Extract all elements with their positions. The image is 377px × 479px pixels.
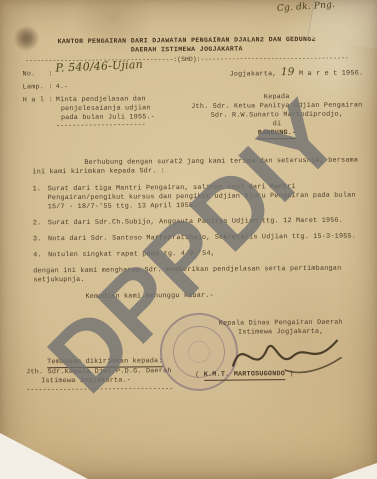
letter-body: Berhubung dengan surat2 jang kami terima… (32, 156, 369, 302)
closing-sentence: Kemudian kami menunggu kabar.- (33, 290, 369, 302)
list-item-text: Notulen singkat rapat pada tg. 4/9-'54, (48, 250, 215, 259)
list-item: 2. Surat dari Sdr.Ch.Subijo, Anggauta Pa… (33, 216, 369, 228)
recipient-city: BANDUNG.- (258, 129, 297, 139)
lamp-value: 4.- (56, 83, 69, 92)
list-item-number: 4. (33, 251, 42, 260)
paren-close: ) (289, 370, 293, 378)
list-item-number: 3. (33, 235, 42, 244)
list-item-text: Nota dari Sdr. Santoso Martopratihajo, S… (48, 233, 356, 244)
lamp-label: Lamp. (23, 83, 44, 92)
signer-name: K.M.T. MARTOSUGONDO (204, 370, 285, 381)
hal-label: H a l (23, 96, 44, 105)
list-item-text: Surat dari Sdr.Ch.Subijo, Anggauta Panit… (48, 217, 343, 228)
signer-name-line: ( K.M.T. MARTOSUGONDO ) (195, 370, 294, 381)
list-item-number: 1. (33, 185, 42, 194)
letter-number-handwritten: P. 540/46-Ujian (55, 60, 143, 73)
paren-open: ( (195, 371, 199, 379)
list-item-number: 2. (33, 219, 42, 228)
lamp-colon: : (49, 83, 53, 92)
closing-paragraph: dengan ini kami mengharap Sdr. memberika… (33, 264, 369, 285)
dateline: Jogjakarta, 19 M a r e t 1956. (230, 67, 364, 79)
date-month-year: M a r e t 1956. (299, 69, 363, 78)
letter-content: KANTOR PENGAIRAN DARI DJAWATAN PENGAIRAN… (0, 0, 377, 479)
no-label: No. (23, 70, 36, 79)
list-item: 4. Notulen singkat rapat pada tg. 4/9-'5… (33, 248, 369, 260)
list-item: 1. Surat dari tiga Mantri Pengairan, sal… (33, 182, 369, 212)
scanned-letter-page: Cg. dk. Png. KANTOR PENGAIRAN DARI DJAWA… (0, 0, 377, 479)
no-colon: : (49, 70, 53, 79)
list-item: 3. Nota dari Sdr. Santoso Martopratihajo… (33, 232, 369, 244)
scan-corner-bottom-left (0, 433, 88, 479)
scan-corner-bottom-right (331, 463, 377, 479)
date-day-handwritten: 19 (281, 66, 295, 78)
cc-divider: ------------------------------------ (26, 385, 206, 396)
recipient-block: Kepada Jth. Sdr. Ketua Panitya Udjian Pe… (182, 92, 372, 140)
opening-paragraph: Berhubung dengan surat2 jang kami terima… (32, 156, 368, 177)
list-item-text: Surat dari tiga Mantri Pengairan, salina… (48, 183, 356, 211)
date-city: Jogjakarta, (230, 70, 277, 78)
hal-colon: : (49, 96, 53, 105)
subject-underline: ---------------------- (56, 121, 146, 131)
